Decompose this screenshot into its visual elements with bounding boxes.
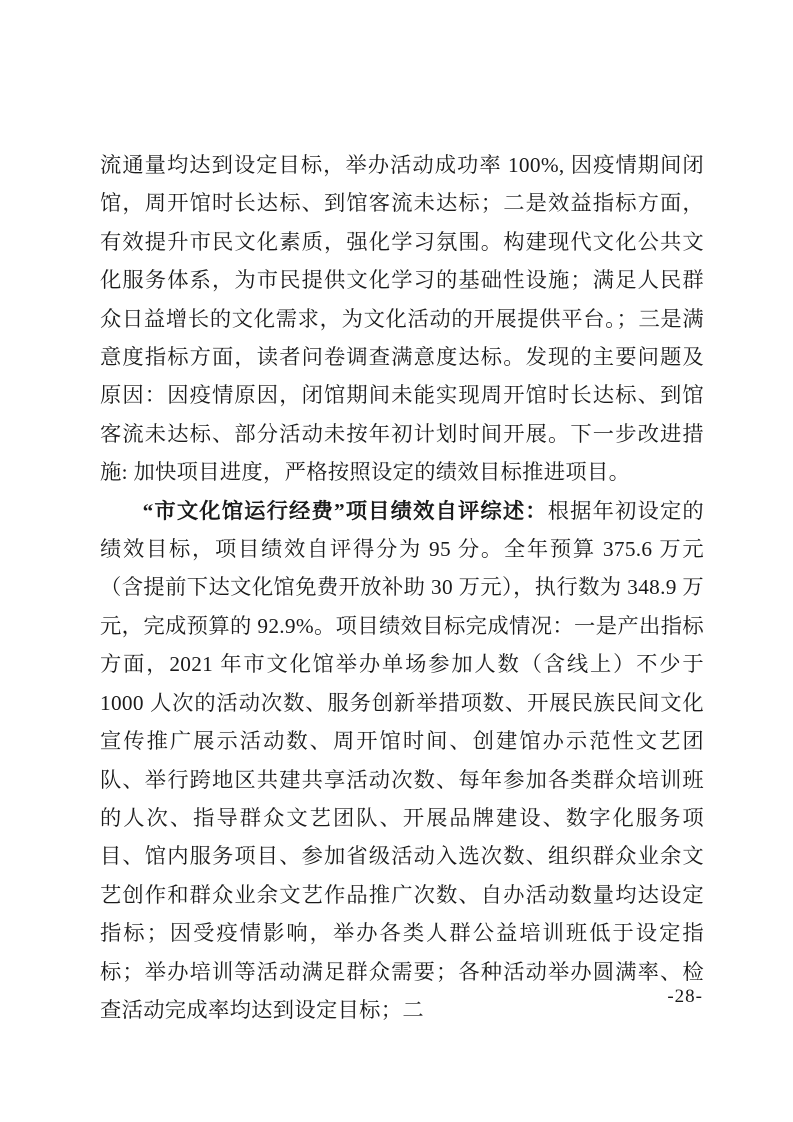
body-text-block: 流通量均达到设定目标，举办活动成功率 100%, 因疫情期间闭馆，周开馆时长达标… (100, 146, 704, 1029)
paragraph-library-self-evaluation-continuation: 流通量均达到设定目标，举办活动成功率 100%, 因疫情期间闭馆，周开馆时长达标… (100, 146, 704, 492)
paragraph-lead-bold-title: “市文化馆运行经费”项目绩效自评综述： (143, 499, 548, 523)
paragraph-cultural-center-self-evaluation: “市文化馆运行经费”项目绩效自评综述：根据年初设定的绩效目标，项目绩效自评得分为… (100, 492, 704, 1030)
document-page: 流通量均达到设定目标，举办活动成功率 100%, 因疫情期间闭馆，周开馆时长达标… (0, 0, 793, 1122)
page-number: -28- (667, 986, 703, 1008)
paragraph-body-text: 根据年初设定的绩效目标，项目绩效自评得分为 95 分。全年预算 375.6 万元… (100, 499, 704, 1022)
